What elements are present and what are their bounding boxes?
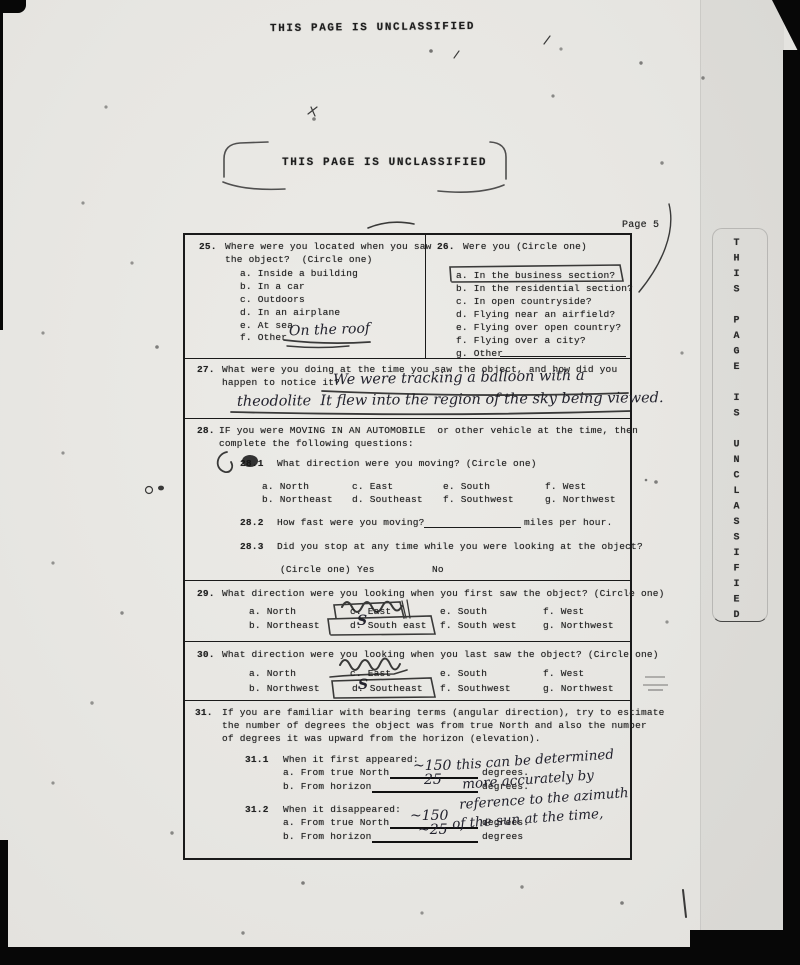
unclassified-stamp-boxed: THIS PAGE IS UNCLASSIFIED — [282, 157, 487, 169]
q26-prompt: Were you (Circle one) — [463, 240, 587, 253]
divider-30-31 — [183, 700, 632, 701]
q31-1a-label: a. From true North — [283, 766, 389, 779]
q28-1-option: f. West — [545, 480, 586, 493]
q29-option: b. Northeast — [249, 619, 320, 632]
q31-1b-value: 25 — [424, 772, 442, 788]
q26-number: 26. — [437, 240, 455, 253]
q29-option: e. South — [440, 605, 487, 618]
q28-3-yes: Yes — [357, 563, 375, 576]
scan-edge-left-top — [0, 0, 3, 330]
q25-option-c: c. Outdoors — [240, 293, 305, 306]
q29-number: 29. — [197, 587, 215, 600]
q28-1-number: 28.1 — [240, 457, 264, 470]
q28-1-option: e. South — [443, 480, 490, 493]
scan-edge-bottom-right — [690, 930, 800, 965]
q31-1-prompt: When it first appeared: — [283, 753, 419, 766]
q31-number: 31. — [195, 706, 213, 719]
q25-handwritten-answer: On the roof — [289, 321, 371, 340]
q31-2b-label: b. From horizon — [283, 830, 372, 843]
q30-option: a. North — [249, 667, 296, 680]
q27-line2: happen to notice it? — [222, 376, 340, 389]
unclassified-stamp-top: THIS PAGE IS UNCLASSIFIED — [270, 21, 475, 35]
q29-option: f. South west — [440, 619, 517, 632]
q26-option-d: d. Flying near an airfield? — [456, 308, 615, 321]
scan-edge-bottom — [0, 947, 800, 965]
q29-handwritten-s: S — [357, 613, 367, 629]
q30-number: 30. — [197, 648, 215, 661]
q30-handwritten-s: S — [358, 677, 368, 693]
q28-1-option: c. East — [352, 480, 393, 493]
q28-3-prompt: Did you stop at any time while you were … — [277, 540, 643, 553]
q26-option-e: e. Flying over open country? — [456, 321, 621, 334]
q25-option-b: b. In a car — [240, 280, 305, 293]
q28-3-no: No — [432, 563, 444, 576]
q31-line2: the number of degrees the object was fro… — [222, 719, 647, 732]
q31-2-prompt: When it disappeared: — [283, 803, 401, 816]
q28-1-prompt: What direction were you moving? (Circle … — [277, 457, 537, 470]
q31-line3: of degrees it was upward from the horizo… — [222, 732, 541, 745]
q30-option: g. Northwest — [543, 682, 614, 695]
q28-line1: IF you were MOVING IN AN AUTOMOBILE or o… — [219, 424, 638, 437]
q28-2-blank — [424, 517, 521, 528]
q26-option-b: b. In the residential section? — [456, 282, 633, 295]
q31-2b-suffix: degrees — [482, 830, 523, 843]
q31-line1: If you are familiar with bearing terms (… — [222, 706, 665, 719]
q31-1b-label: b. From horizon — [283, 780, 372, 793]
q25-option-f: f. Other — [240, 331, 287, 344]
q30-option: e. South — [440, 667, 487, 680]
q31-2a-label: a. From true North — [283, 816, 389, 829]
q28-2-prompt: How fast were you moving? — [277, 516, 425, 529]
q31-2b-value: ~25 — [418, 822, 448, 838]
q30-option: f. Southwest — [440, 682, 511, 695]
scanned-questionnaire-page: THIS PAGE IS UNCLASSIFIED THIS PAGE IS U… — [0, 0, 800, 965]
q28-1-option: b. Northeast — [262, 493, 333, 506]
divider-29-30 — [183, 641, 632, 642]
q25-line2: the object? (Circle one) — [225, 253, 373, 266]
q28-number: 28. — [197, 424, 215, 437]
q30-option: b. Northwest — [249, 682, 320, 695]
page-number: Page 5 — [622, 219, 659, 232]
divider-27-28 — [183, 418, 632, 419]
q29-option: a. North — [249, 605, 296, 618]
q27-number: 27. — [197, 363, 215, 376]
q30-prompt: What direction were you looking when you… — [222, 648, 659, 661]
divider-25-27 — [183, 358, 632, 359]
q26-option-c: c. In open countryside? — [456, 295, 592, 308]
q28-1-option: f. Southwest — [443, 493, 514, 506]
q29-prompt: What direction were you looking when you… — [222, 587, 665, 600]
q26-other-blank — [500, 346, 626, 357]
q25-option-a: a. Inside a building — [240, 267, 358, 280]
q28-1-option: d. Southeast — [352, 493, 423, 506]
q25-option-d: d. In an airplane — [240, 306, 340, 319]
q30-option: c. East — [350, 667, 391, 680]
q31-2-number: 31.2 — [245, 803, 269, 816]
q28-line2: complete the following questions: — [219, 437, 414, 450]
q26-option-a: a. In the business section? — [456, 269, 615, 282]
q25-number: 25. — [199, 240, 217, 253]
scan-edge-left-bottom — [0, 840, 8, 965]
q25-line1: Where were you located when you saw — [225, 240, 432, 253]
q28-2-number: 28.2 — [240, 516, 264, 529]
q28-3-circle-one: (Circle one) — [280, 563, 351, 576]
divider-28-29 — [183, 580, 632, 581]
scan-edge-right — [783, 50, 800, 965]
q29-option: f. West — [543, 605, 584, 618]
q26-option-g: g. Other — [456, 347, 503, 360]
unclassified-stamp-vertical: THIS PAGE IS UNCLASSIFIED — [731, 238, 742, 626]
q28-1-option: g. Northwest — [545, 493, 616, 506]
q28-3-number: 28.3 — [240, 540, 264, 553]
scan-edge-top-left — [0, 0, 26, 13]
q28-2-suffix: miles per hour. — [524, 516, 613, 529]
q30-option: f. West — [543, 667, 584, 680]
q31-1-number: 31.1 — [245, 753, 269, 766]
q29-option: g. Northwest — [543, 619, 614, 632]
q28-1-option: a. North — [262, 480, 309, 493]
